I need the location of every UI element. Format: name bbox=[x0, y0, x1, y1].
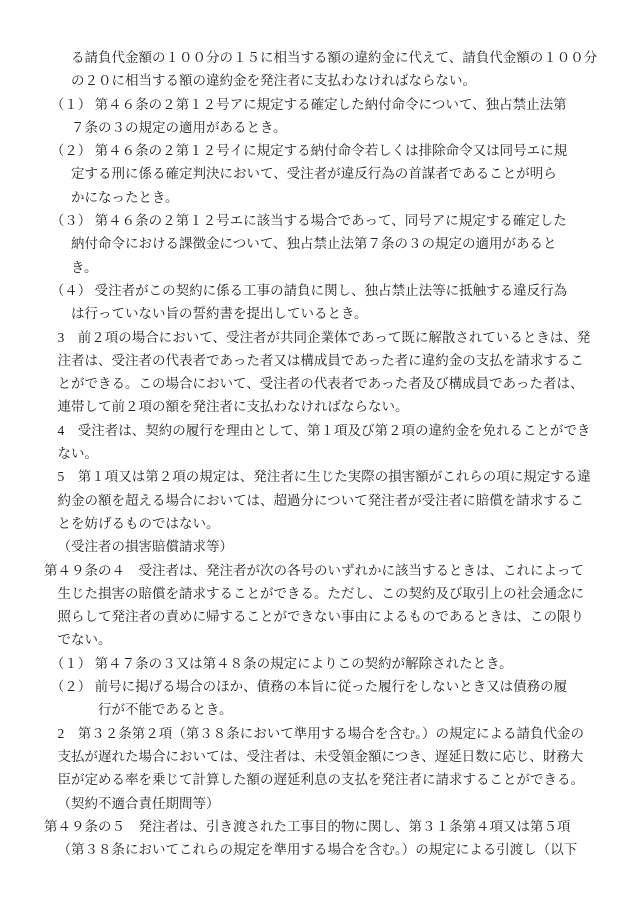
document-line: （受注者の損害賠償請求等） bbox=[58, 535, 605, 558]
document-line: かになったとき。 bbox=[71, 186, 604, 209]
document-line: ７条の３の規定の適用があるとき。 bbox=[71, 116, 604, 139]
document-line: 納付命令における課徴金について、独占禁止法第７条の３の規定の適用があると bbox=[71, 232, 604, 255]
document-line: とができる。この場合において、受注者の代表者であった者及び構成員であった者は、 bbox=[58, 372, 605, 395]
contract-document-page: る請負代金額の１００分の１５に相当する額の違約金に代えて、請負代金額の１００分の… bbox=[0, 0, 630, 903]
document-line: （契約不適合責任期間等） bbox=[58, 792, 605, 815]
document-line: き。 bbox=[71, 256, 604, 279]
document-line: 支払が遅れた場合においては、受注者は、未受領金額につき、遅延日数に応じ、財務大 bbox=[58, 745, 605, 768]
document-line: （４） 受注者がこの契約に係る工事の請負に関し、独占禁止法等に抵触する違反行為 bbox=[51, 279, 604, 302]
document-line: （２） 第４６条の２第１２号イに規定する納付命令若しくは排除命令又は同号エに規 bbox=[51, 139, 604, 162]
document-line: （１） 第４６条の２第１２号アに規定する確定した納付命令について、独占禁止法第 bbox=[51, 93, 604, 116]
document-line: 2 第３２条第２項（第３８条において準用する場合を含む。）の規定による請負代金の bbox=[58, 722, 605, 745]
document-line: 連帯して前２項の額を発注者に支払わなければならない。 bbox=[58, 395, 605, 418]
document-line: 5 第１項又は第２項の規定は、発注者に生じた実際の損害額がこれらの項に規定する違 bbox=[58, 465, 605, 488]
document-line: 第４９条の４ 受注者は、発注者が次の各号のいずれかに該当するときは、これによって bbox=[44, 559, 604, 582]
text-block: る請負代金額の１００分の１５に相当する額の違約金に代えて、請負代金額の１００分の… bbox=[44, 46, 604, 861]
document-line: 第４９条の５ 発注者は、引き渡された工事目的物に関し、第３１条第４項又は第５項 bbox=[44, 815, 604, 838]
document-line: 約金の額を超える場合においては、超過分について発注者が受注者に賠償を請求するこ bbox=[58, 489, 605, 512]
document-line: （２） 前号に掲げる場合のほか、債務の本旨に従った履行をしないとき又は債務の履 bbox=[51, 675, 604, 698]
document-line: （３） 第４６条の２第１２号エに該当する場合であって、同号アに規定する確定した bbox=[51, 209, 604, 232]
document-line: 3 前２項の場合において、受注者が共同企業体であって既に解散されているときは、発 bbox=[58, 326, 605, 349]
document-line: ない。 bbox=[58, 442, 605, 465]
document-line: る請負代金額の１００分の１５に相当する額の違約金に代えて、請負代金額の１００分 bbox=[71, 46, 604, 69]
document-line: 照らして発注者の責めに帰することができない事由によるものであるときは、この限り bbox=[58, 605, 605, 628]
document-line: 注者は、受注者の代表者であった者又は構成員であった者に違約金の支払を請求するこ bbox=[58, 349, 605, 372]
document-line: （第３８条においてこれらの規定を準用する場合を含む。）の規定による引渡し（以下 bbox=[58, 838, 605, 861]
document-line: 生じた損害の賠償を請求することができる。ただし、この契約及び取引上の社会通念に bbox=[58, 582, 605, 605]
document-line: （１） 第４７条の３又は第４８条の規定によりこの契約が解除されたとき。 bbox=[51, 652, 604, 675]
document-line: とを妨げるものではない。 bbox=[58, 512, 605, 535]
document-line: 定する刑に係る確定判決において、受注者が違反行為の首謀者であることが明ら bbox=[71, 162, 604, 185]
document-line: 臣が定める率を乗じて計算した額の遅延利息の支払を発注者に請求することができる。 bbox=[58, 768, 605, 791]
document-line: 行が不能であるとき。 bbox=[98, 698, 604, 721]
document-line: でない。 bbox=[58, 628, 605, 651]
document-line: の２０に相当する額の違約金を発注者に支払わなければならない。 bbox=[71, 69, 604, 92]
document-line: は行っていない旨の誓約書を提出しているとき。 bbox=[71, 302, 604, 325]
document-line: 4 受注者は、契約の履行を理由として、第１項及び第２項の違約金を免れることができ bbox=[58, 419, 605, 442]
